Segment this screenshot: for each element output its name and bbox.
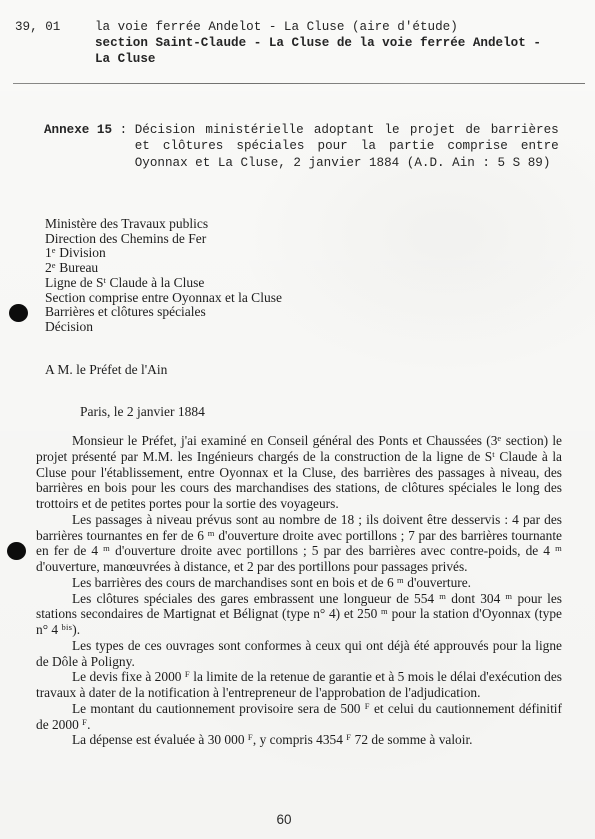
letterhead-line-objet: Barrières et clôtures spéciales	[45, 305, 282, 320]
paragraph-barrieres-cours: Les barrières des cours de marchandises …	[36, 575, 562, 591]
letterhead-line-ministry: Ministère des Travaux publics	[45, 217, 282, 232]
letterhead-line-decision: Décision	[45, 320, 282, 335]
paragraph-cautionnement: Le montant du cautionnement provisoire s…	[36, 701, 562, 733]
annexe-colon: :	[112, 122, 135, 138]
letterhead-line-bureau: 2e Bureau	[45, 261, 282, 276]
letterhead-line-ligne: Ligne de St Claude à la Cluse	[45, 276, 282, 291]
paragraph-passages-niveau: Les passages à niveau prévus sont au nom…	[36, 512, 562, 575]
hole-punch-mark-top	[9, 304, 28, 322]
letter-dateline: Paris, le 2 janvier 1884	[80, 404, 205, 420]
paragraph-depense: La dépense est évaluée à 30 000 F, y com…	[36, 732, 562, 748]
paragraph-examen-projet: Monsieur le Préfet, j'ai examiné en Cons…	[36, 433, 562, 512]
paragraph-clotures-gares: Les clôtures spéciales des gares embrass…	[36, 591, 562, 638]
running-header-line-2: section Saint-Claude - La Cluse de la vo…	[95, 35, 541, 51]
letter-salutation: A M. le Préfet de l'Ain	[45, 362, 167, 378]
annexe-label: Annexe 15	[44, 122, 112, 138]
letterhead-line-direction: Direction des Chemins de Fer	[45, 232, 282, 247]
document-reference-number: 39, 01	[15, 19, 60, 35]
page-number: 60	[254, 812, 314, 827]
hole-punch-mark-bottom	[7, 542, 26, 560]
paragraph-types-ouvrages: Les types de ces ouvrages sont conformes…	[36, 638, 562, 670]
header-divider-rule	[13, 83, 585, 84]
running-header: la voie ferrée Andelot - La Cluse (aire …	[95, 19, 541, 67]
running-header-line-1: la voie ferrée Andelot - La Cluse (aire …	[95, 19, 541, 35]
letterhead-line-section: Section comprise entre Oyonnax et la Clu…	[45, 291, 282, 306]
paragraph-devis: Le devis fixe à 2000 F la limite de la r…	[36, 669, 562, 701]
annexe-text: Décision ministérielle adoptant le proje…	[135, 122, 559, 171]
letterhead-line-division: 1e Division	[45, 246, 282, 261]
running-header-line-3: La Cluse	[95, 51, 541, 67]
letterhead-block: Ministère des Travaux publics Direction …	[45, 217, 282, 335]
annexe-caption: Annexe 15 : Décision ministérielle adopt…	[44, 122, 560, 171]
letter-body: Monsieur le Préfet, j'ai examiné en Cons…	[36, 433, 562, 748]
scanned-document-page: 39, 01 la voie ferrée Andelot - La Cluse…	[0, 0, 595, 839]
